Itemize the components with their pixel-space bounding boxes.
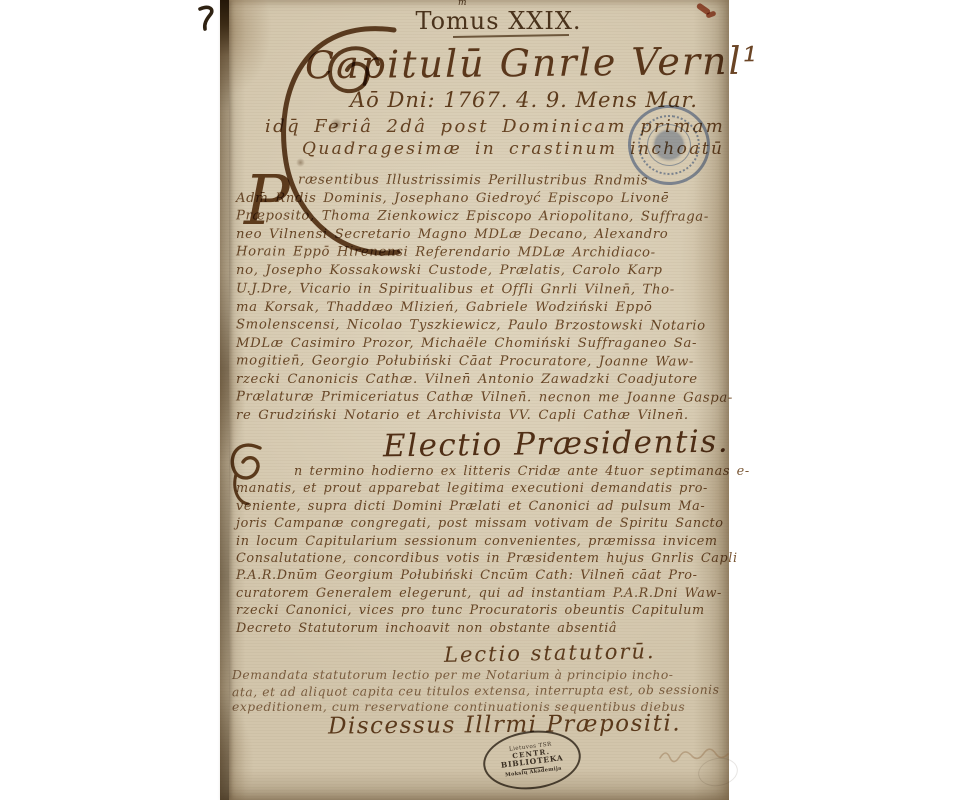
manuscript-line: n termino hodierno ex litteris Cridæ ant… bbox=[236, 463, 724, 480]
scanned-manuscript-screenshot: { "document": { "kind": "manuscript-scan… bbox=[0, 0, 961, 800]
manuscript-line: neo Vilnensi Secretario Magno MDLæ Decan… bbox=[236, 226, 724, 244]
manuscript-line: mogitien̄, Georgio Połubiński Cāat Procu… bbox=[236, 352, 724, 371]
manuscript-line: P.A.R.Dnūm Georgium Połubiński Cncūm Cat… bbox=[236, 567, 724, 584]
manuscript-page: m̄ Tomus XXIX. Capitulū Gnrle Vernl¹ Aō … bbox=[220, 0, 729, 800]
manuscript-line: Præposito, Thoma Zienkowicz Episcopo Ari… bbox=[236, 208, 724, 227]
lectio-paragraph: Demandata statutorum lectio per me Notar… bbox=[232, 668, 722, 715]
manuscript-line: ræsentibus Illustrissimis Perillustribus… bbox=[236, 171, 724, 190]
manuscript-line: joris Campanæ congregati, post missam vo… bbox=[236, 515, 724, 532]
manuscript-line: U.J.Dre, Vicario in Spiritualibus et Off… bbox=[236, 280, 724, 299]
volume-title: Capitulū Gnrle Vernl¹ bbox=[305, 39, 760, 88]
manuscript-line: curatorem Generalem elegerunt, qui ad in… bbox=[236, 585, 724, 602]
manuscript-line: in locum Capitularium sessionum convenie… bbox=[236, 533, 724, 550]
manuscript-line: veniente, supra dicti Domini Prælati et … bbox=[236, 498, 724, 515]
closing-line: Discessus Illrmi Præpositi. bbox=[328, 710, 681, 739]
electio-paragraph: n termino hodierno ex litteris Cridæ ant… bbox=[236, 463, 724, 637]
manuscript-line: Consalutatione, concordibus votis in Præ… bbox=[236, 550, 724, 567]
electio-heading: Electio Præsidentis. bbox=[383, 424, 730, 465]
manuscript-line: rzecki Canonicis Cathæ. Vilnen̄ Antonio … bbox=[236, 371, 724, 389]
margin-pen-mark bbox=[196, 3, 222, 33]
manuscript-line: rzecki Canonici, vices pro tunc Procurat… bbox=[236, 602, 724, 619]
binding-edge bbox=[220, 0, 229, 800]
manuscript-line: no, Josepho Kossakowski Custode, Prælati… bbox=[236, 262, 724, 280]
lectio-heading: Lectio statutorū. bbox=[444, 639, 656, 667]
manuscript-line: Horain Eppō Hirenensi Referendario MDLæ … bbox=[236, 244, 724, 263]
attendance-paragraph: ræsentibus Illustrissimis Perillustribus… bbox=[236, 172, 724, 425]
manuscript-line: ma Korsak, Thaddæo Mlizień, Gabriele Wod… bbox=[236, 299, 724, 317]
manuscript-line: manatis, et prout apparebat legitima exe… bbox=[236, 480, 724, 497]
manuscript-line: ata, et ad aliquot capita ceu titulos ex… bbox=[232, 683, 722, 701]
manuscript-line: Decreto Statutorum inchoavit non obstant… bbox=[236, 620, 724, 637]
manuscript-line: Adm̄ Rndis Dominis, Josephano Giedroyć E… bbox=[236, 190, 724, 208]
manuscript-line: re Grudziński Notario et Archivista VV. … bbox=[236, 407, 724, 425]
dateline: Aō Dni: 1767. 4. 9. Mens Mar. bbox=[350, 88, 680, 112]
manuscript-line: Smolenscensi, Nicolao Tyszkiewicz, Paulo… bbox=[236, 316, 724, 335]
manuscript-line: Prælaturæ Primiceriatus Cathæ Vilnen̄. n… bbox=[236, 388, 724, 407]
manuscript-line: Demandata statutorum lectio per me Notar… bbox=[232, 668, 722, 684]
manuscript-line: MDLæ Casimiro Prozor, Michaële Chomiński… bbox=[236, 335, 724, 353]
